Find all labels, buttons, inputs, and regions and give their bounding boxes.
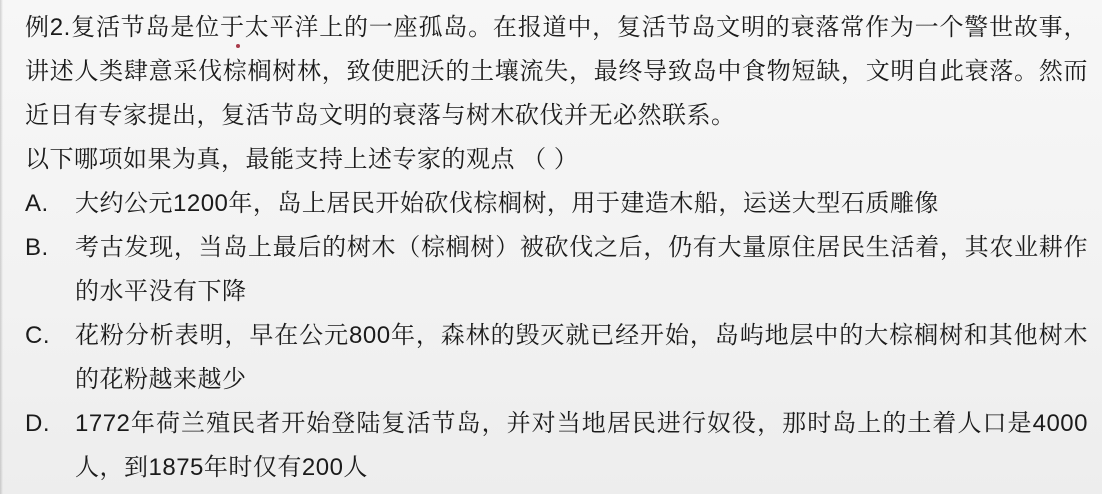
option-letter: B. [25,226,75,270]
question-prompt: 以下哪项如果为真，最能支持上述专家的观点 （ ） [25,138,1088,182]
option-row-c: C. 花粉分析表明，早在公元800年，森林的毁灭就已经开始，岛屿地层中的大棕榈树… [25,314,1088,402]
option-text: 大约公元1200年，岛上居民开始砍伐棕榈树，用于建造木船，运送大型石质雕像 [75,182,1088,226]
option-letter: C. [25,314,75,358]
option-text: 花粉分析表明，早在公元800年，森林的毁灭就已经开始，岛屿地层中的大棕榈树和其他… [75,314,1088,402]
option-letter: D. [25,402,75,446]
option-letter: A. [25,182,75,226]
option-row-d: D. 1772年荷兰殖民者开始登陆复活节岛，并对当地居民进行奴役，那时岛上的土着… [25,402,1088,490]
option-row-b: B. 考古发现，当岛上最后的树木（棕榈树）被砍伐之后，仍有大量原住居民生活着，其… [25,226,1088,314]
question-stem: 例2.复活节岛是位于太平洋上的一座孤岛。在报道中，复活节岛文明的衰落常作为一个警… [25,6,1088,138]
option-text: 1772年荷兰殖民者开始登陆复活节岛，并对当地居民进行奴役，那时岛上的土着人口是… [75,402,1088,490]
question-page: 例2.复活节岛是位于太平洋上的一座孤岛。在报道中，复活节岛文明的衰落常作为一个警… [25,6,1088,490]
option-list: A. 大约公元1200年，岛上居民开始砍伐棕榈树，用于建造木船，运送大型石质雕像… [25,182,1088,490]
left-edge-shadow [0,0,3,494]
option-text: 考古发现，当岛上最后的树木（棕榈树）被砍伐之后，仍有大量原住居民生活着，其农业耕… [75,226,1088,314]
option-row-a: A. 大约公元1200年，岛上居民开始砍伐棕榈树，用于建造木船，运送大型石质雕像 [25,182,1088,226]
